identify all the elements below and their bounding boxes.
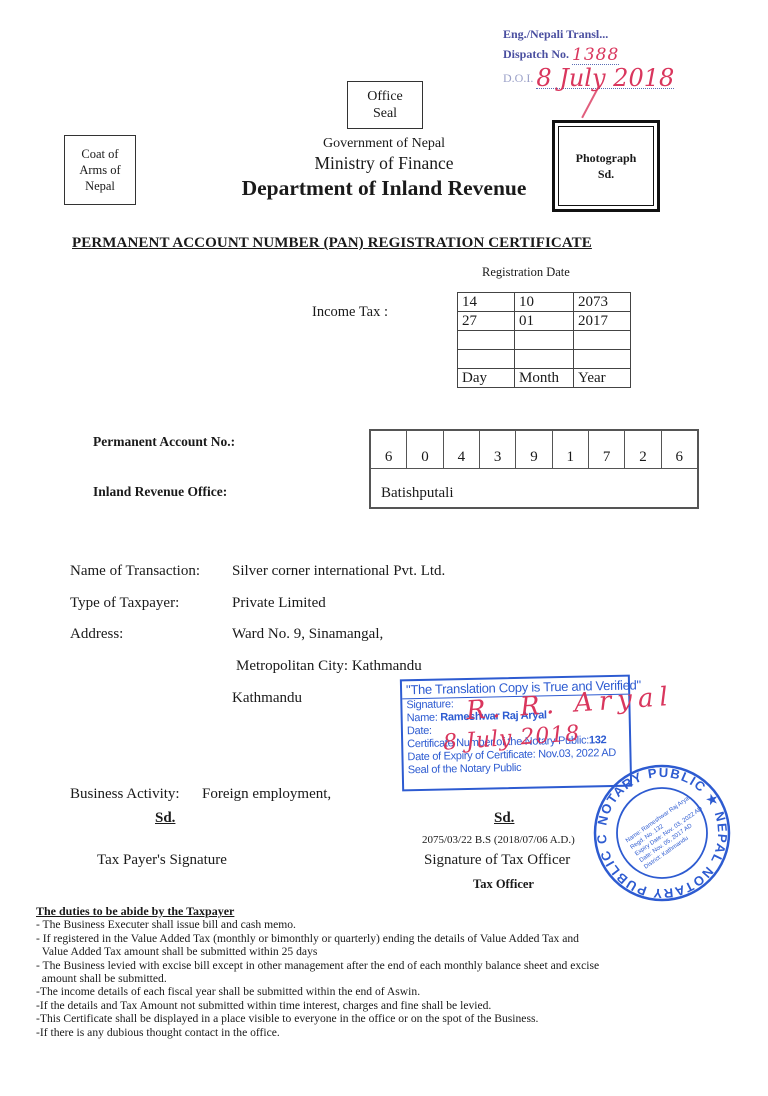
tax-officer-signature-label: Signature of Tax Officer [424, 852, 570, 869]
duty-item: -The income details of each fiscal year … [36, 985, 736, 998]
pan-digit: 3 [480, 431, 516, 468]
date-header-row: Day Month Year [458, 369, 631, 388]
duty-item: - The Business levied with excise bill e… [36, 959, 736, 972]
pan-box: 6 0 4 3 9 1 7 2 6 Batishputali [369, 429, 699, 509]
income-tax-label: Income Tax : [312, 304, 388, 321]
duties-title: The duties to be abide by the Taxpayer [36, 905, 736, 918]
translation-stamp-title: Eng./Nepali Transl... [503, 25, 674, 44]
address-line: Ward No. 9, Sinamangal, [232, 626, 383, 643]
date-header-month: Month [515, 369, 574, 388]
office-seal-line: Seal [367, 105, 403, 122]
date-cell-empty [515, 350, 574, 369]
pan-digit: 7 [589, 431, 625, 468]
address-line: Metropolitan City: Kathmandu [236, 658, 422, 675]
type-of-taxpayer-label: Type of Taxpayer: [70, 595, 179, 612]
taxpayer-duties: The duties to be abide by the Taxpayer -… [36, 905, 736, 1039]
taxpayer-sd: Sd. [155, 810, 175, 827]
date-row-empty [458, 350, 631, 369]
date-header-year: Year [574, 369, 631, 388]
inland-revenue-office-label: Inland Revenue Office: [93, 484, 227, 500]
taxpayer-signature-label: Tax Payer's Signature [97, 852, 227, 869]
date-cell-empty [458, 331, 515, 350]
ministry-heading: Ministry of Finance [0, 153, 768, 174]
pan-digit: 9 [516, 431, 552, 468]
address-line: Kathmandu [232, 690, 302, 707]
officer-sd: Sd. [494, 810, 514, 827]
pan-digit: 4 [444, 431, 480, 468]
date-row-empty [458, 331, 631, 350]
officer-signature-date: 2075/03/22 B.S (2018/07/06 A.D.) [422, 834, 575, 846]
notary-round-seal: NOTARY PUBLIC ★ NEPAL NOTARY PUBLIC COUN… [592, 763, 732, 903]
department-heading: Department of Inland Revenue [0, 176, 768, 201]
dispatch-number: 1388 [572, 45, 619, 65]
pan-digit: 0 [407, 431, 443, 468]
doi-value: 8 July 2018 [536, 64, 674, 92]
office-seal-box: Office Seal [347, 81, 423, 129]
date-cell-year: 2073 [574, 293, 631, 312]
date-row: 27 01 2017 [458, 312, 631, 331]
pan-digits: 6 0 4 3 9 1 7 2 6 [371, 431, 697, 469]
pan-digit: 6 [662, 431, 697, 468]
notary-seal-label: Seal of the Notary Public [408, 762, 522, 776]
date-cell-empty [574, 331, 631, 350]
notary-date-label: Date: [407, 725, 432, 738]
duty-item: amount shall be submitted. [36, 972, 736, 985]
date-cell-empty [515, 331, 574, 350]
inland-revenue-office-value: Batishputali [371, 469, 697, 502]
date-cell-day: 14 [458, 293, 515, 312]
dispatch-label: Dispatch No. [503, 47, 569, 61]
business-activity-value: Foreign employment, [202, 786, 331, 803]
office-seal-line: Office [367, 88, 403, 105]
duty-item: -If the details and Tax Amount not submi… [36, 999, 736, 1012]
translation-dispatch-stamp: Eng./Nepali Transl... Dispatch No. 1388 … [503, 25, 674, 89]
certificate-title: PERMANENT ACCOUNT NUMBER (PAN) REGISTRAT… [72, 235, 592, 252]
pan-digit: 6 [371, 431, 407, 468]
doi-label: D.O.I. [503, 71, 533, 85]
notary-cert-no: 132 [589, 734, 607, 746]
address-label: Address: [70, 626, 123, 643]
government-heading: Government of Nepal [0, 136, 768, 152]
date-cell-month: 10 [515, 293, 574, 312]
date-row: 14 10 2073 [458, 293, 631, 312]
date-header-day: Day [458, 369, 515, 388]
duty-item: Value Added Tax amount shall be submitte… [36, 945, 736, 958]
pan-digit: 1 [553, 431, 589, 468]
pan-digit: 2 [625, 431, 661, 468]
duty-item: -This Certificate shall be displayed in … [36, 1012, 736, 1025]
date-cell-year: 2017 [574, 312, 631, 331]
date-cell-month: 01 [515, 312, 574, 331]
type-of-taxpayer-value: Private Limited [232, 595, 326, 612]
registration-date-label: Registration Date [482, 265, 570, 280]
notary-expiry-value: Nov.03, 2022 AD [538, 747, 616, 761]
duty-item: -If there is any dubious thought contact… [36, 1026, 736, 1039]
notary-signature-label: Signature: [406, 698, 453, 711]
registration-date-table: 14 10 2073 27 01 2017 Day Month Year [457, 292, 631, 388]
tax-officer-title: Tax Officer [473, 877, 534, 892]
business-activity-label: Business Activity: [70, 786, 180, 803]
duty-item: - If registered in the Value Added Tax (… [36, 932, 736, 945]
date-cell-empty [458, 350, 515, 369]
duty-item: - The Business Executer shall issue bill… [36, 918, 736, 931]
svg-text:NOTARY PUBLIC ★ NEPAL NOTARY P: NOTARY PUBLIC ★ NEPAL NOTARY PUBLIC COUN… [592, 763, 730, 901]
name-of-transaction-value: Silver corner international Pvt. Ltd. [232, 563, 445, 580]
date-cell-day: 27 [458, 312, 515, 331]
name-of-transaction-label: Name of Transaction: [70, 563, 200, 580]
notary-seal-icon: NOTARY PUBLIC ★ NEPAL NOTARY PUBLIC COUN… [592, 763, 732, 903]
date-cell-empty [574, 350, 631, 369]
pan-label: Permanent Account No.: [93, 434, 235, 450]
notary-name-label: Name: [407, 712, 438, 725]
